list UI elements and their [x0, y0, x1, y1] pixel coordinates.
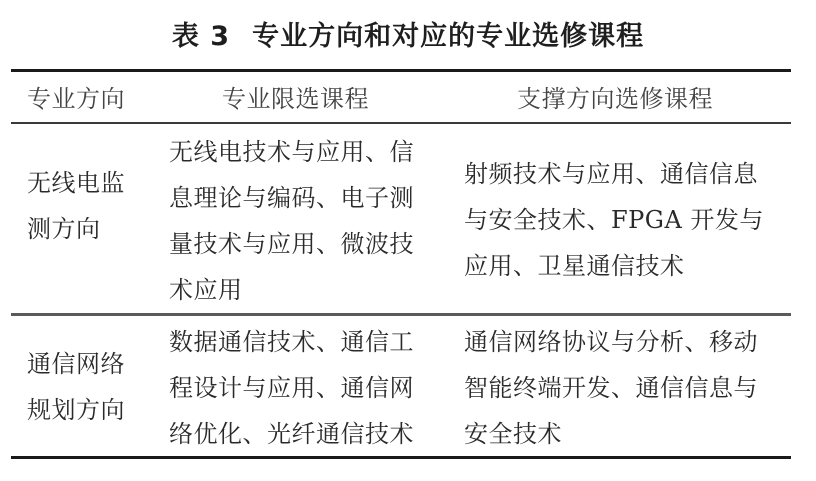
text-line: 量技术与应用、微波技 — [169, 221, 444, 267]
table-caption: 表 3专业方向和对应的专业选修课程 — [0, 14, 816, 53]
header-rule — [11, 122, 791, 124]
text-line: 息理论与编码、电子测 — [169, 175, 444, 221]
header-elective-courses: 支撑方向选修课程 — [517, 76, 816, 122]
text-line: 与安全技术、FPGA 开发与 — [464, 197, 784, 243]
text-line: 通信网络 — [27, 341, 157, 387]
text-line: 射频技术与应用、通信信息 — [464, 151, 784, 197]
row-separator — [11, 313, 791, 316]
text-line: 规划方向 — [27, 387, 157, 433]
text-line: 测方向 — [27, 206, 157, 252]
text-line: 数据通信技术、通信工 — [169, 319, 444, 365]
table-number: 表 3 — [172, 21, 230, 52]
row2-elective-courses: 通信网络协议与分析、移动 智能终端开发、通信信息与 安全技术 — [464, 319, 784, 457]
header-restricted-courses: 专业限选课程 — [222, 76, 497, 122]
row1-elective-courses: 射频技术与应用、通信信息 与安全技术、FPGA 开发与 应用、卫星通信技术 — [464, 151, 784, 289]
row1-restricted-courses: 无线电技术与应用、信 息理论与编码、电子测 量技术与应用、微波技 术应用 — [169, 129, 444, 313]
header-direction: 专业方向 — [27, 76, 157, 122]
row1-direction: 无线电监 测方向 — [27, 160, 157, 252]
text-line: 智能终端开发、通信信息与 — [464, 365, 784, 411]
text-line: 络优化、光纤通信技术 — [169, 411, 444, 457]
text-line: 应用、卫星通信技术 — [464, 243, 784, 289]
text-line: 无线电技术与应用、信 — [169, 129, 444, 175]
text-line: 安全技术 — [464, 411, 784, 457]
text-line: 程设计与应用、通信网 — [169, 365, 444, 411]
text-line: 无线电监 — [27, 160, 157, 206]
table-title: 专业方向和对应的专业选修课程 — [252, 21, 644, 52]
row2-restricted-courses: 数据通信技术、通信工 程设计与应用、通信网 络优化、光纤通信技术 — [169, 319, 444, 457]
text-line: 通信网络协议与分析、移动 — [464, 319, 784, 365]
top-rule — [11, 69, 791, 72]
row2-direction: 通信网络 规划方向 — [27, 341, 157, 433]
text-line: 术应用 — [169, 267, 444, 313]
